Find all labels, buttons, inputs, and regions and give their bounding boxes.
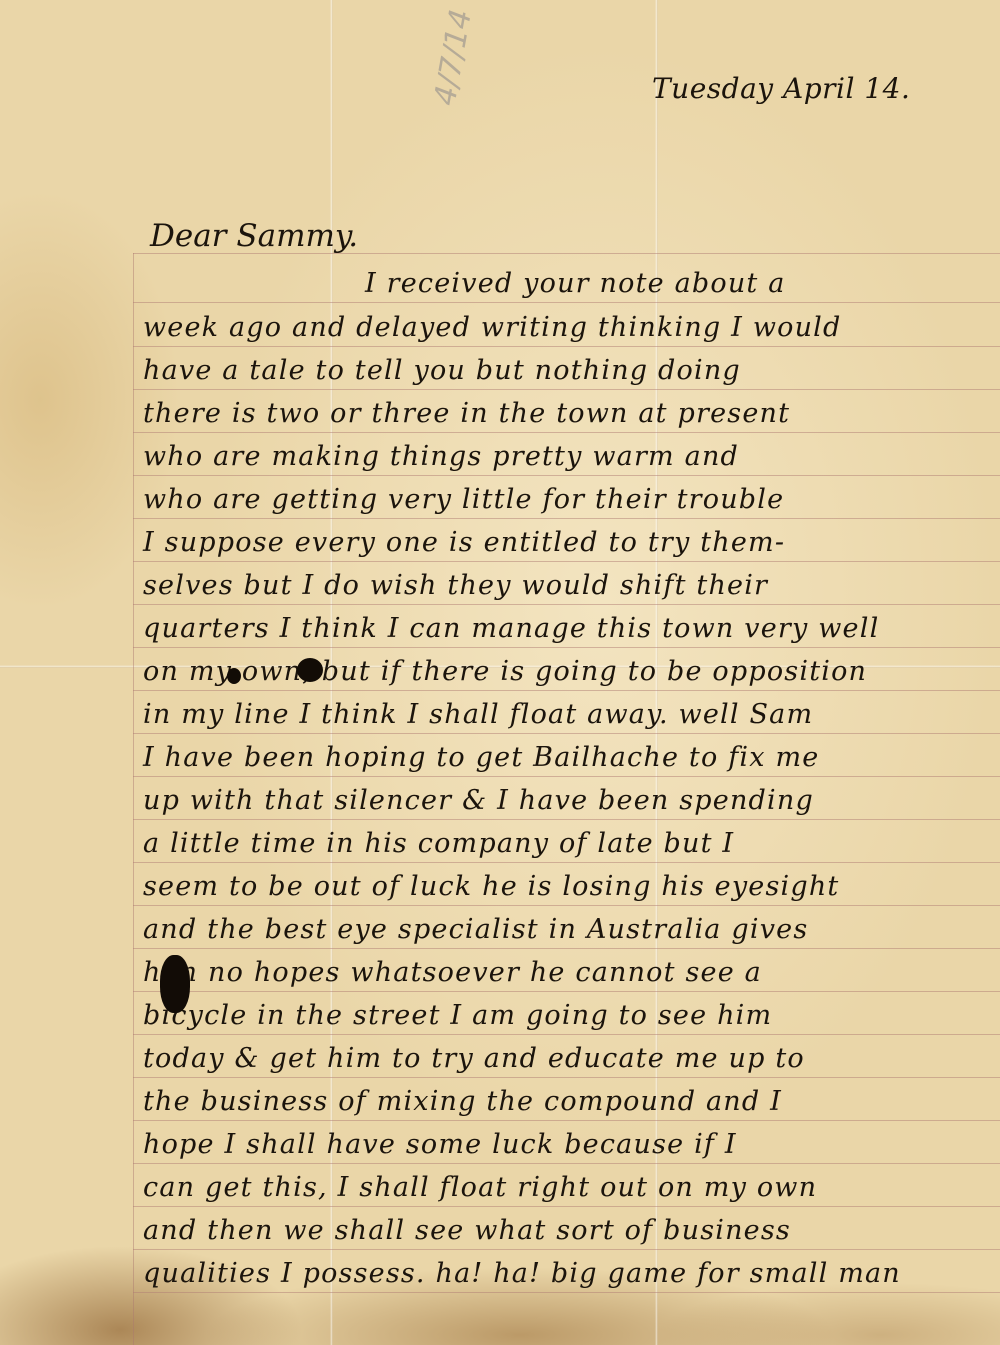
ink-blot (160, 955, 190, 1013)
ruled-line (133, 1163, 1000, 1164)
body-line: seem to be out of luck he is losing his … (143, 871, 839, 902)
body-line: quarters I think I can manage this town … (143, 613, 879, 644)
ruled-line (133, 1034, 1000, 1035)
ruled-line (133, 1292, 1000, 1293)
body-line: the business of mixing the compound and … (143, 1086, 782, 1117)
body-line: can get this, I shall float right out on… (143, 1172, 817, 1203)
body-line: today & get him to try and educate me up… (143, 1043, 805, 1074)
ruled-line (133, 690, 1000, 691)
ruled-line (133, 647, 1000, 648)
ruled-line (133, 1120, 1000, 1121)
ruled-line (133, 776, 1000, 777)
ruled-line (133, 561, 1000, 562)
body-line: him no hopes whatsoever he cannot see a (143, 957, 762, 988)
body-line: in my line I think I shall float away. w… (143, 699, 813, 730)
body-line: on my own, but if there is going to be o… (143, 656, 867, 687)
ruled-line (133, 862, 1000, 863)
ruled-line (133, 346, 1000, 347)
ruled-line (133, 302, 1000, 303)
ruled-line (133, 905, 1000, 906)
ruled-margin-line (133, 253, 134, 1345)
ruled-line (133, 432, 1000, 433)
body-line: there is two or three in the town at pre… (143, 398, 790, 429)
ruled-line (133, 1077, 1000, 1078)
body-line: bicycle in the street I am going to see … (143, 1000, 772, 1031)
body-line: I received your note about a (365, 268, 786, 299)
body-line: hope I shall have some luck because if I (143, 1129, 737, 1160)
body-line: who are making things pretty warm and (143, 441, 739, 472)
ruled-line (133, 819, 1000, 820)
body-line: week ago and delayed writing thinking I … (143, 312, 842, 343)
ink-blot (297, 658, 323, 682)
letter-page: 4/7/14 Tuesday April 14. Dear Sammy. I r… (0, 0, 1000, 1345)
ruled-line (133, 948, 1000, 949)
body-line: qualities I possess. ha! ha! big game fo… (143, 1258, 901, 1289)
salutation: Dear Sammy. (150, 218, 358, 254)
ruled-line (133, 1206, 1000, 1207)
ruled-line (133, 475, 1000, 476)
ruled-line (133, 604, 1000, 605)
ruled-line (133, 733, 1000, 734)
body-line: up with that silencer & I have been spen… (143, 785, 814, 816)
ruled-line (133, 389, 1000, 390)
body-line: have a tale to tell you but nothing doin… (143, 355, 741, 386)
body-line: selves but I do wish they would shift th… (143, 570, 768, 601)
ruled-line (133, 518, 1000, 519)
body-line: I have been hoping to get Bailhache to f… (143, 742, 819, 773)
ruled-line (133, 991, 1000, 992)
pencil-annotation: 4/7/14 (428, 7, 479, 108)
letter-date: Tuesday April 14. (652, 72, 910, 105)
body-line: and then we shall see what sort of busin… (143, 1215, 791, 1246)
body-line: who are getting very little for their tr… (143, 484, 784, 515)
body-line: a little time in his company of late but… (143, 828, 734, 859)
body-line: I suppose every one is entitled to try t… (143, 527, 785, 558)
body-line: and the best eye specialist in Australia… (143, 914, 808, 945)
ruled-line (133, 1249, 1000, 1250)
ink-blot (227, 668, 241, 684)
